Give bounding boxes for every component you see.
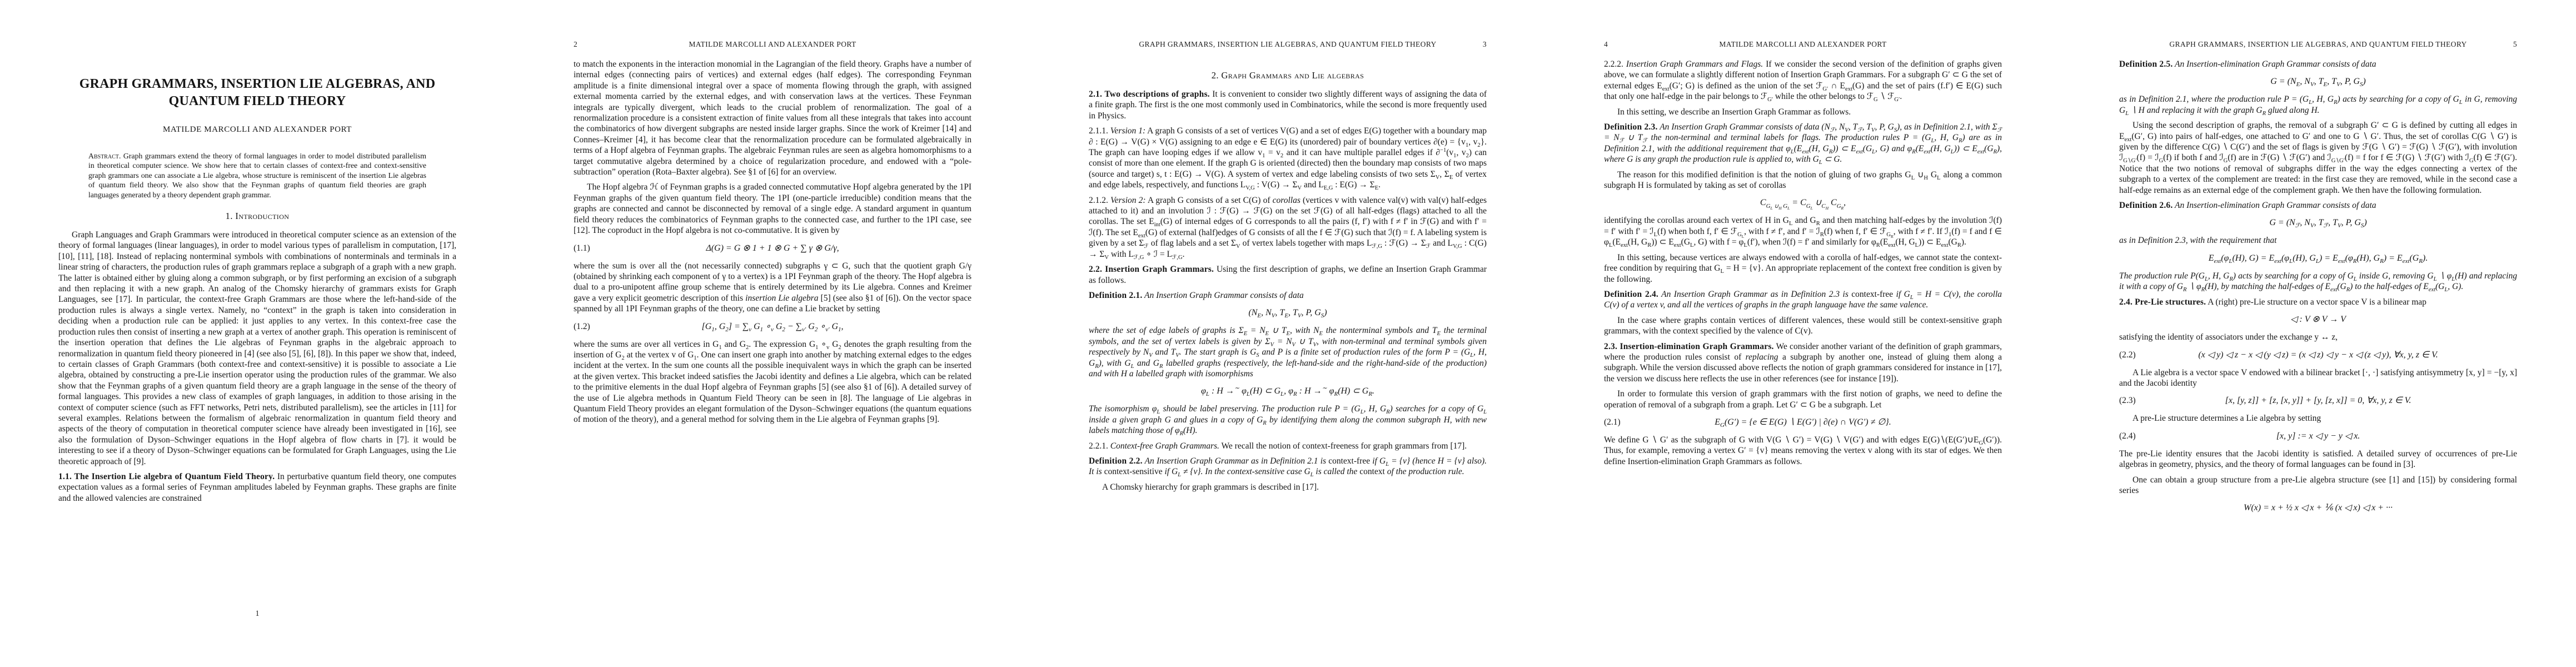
paragraph: Definition 2.3. An Insertion Graph Gramm…: [1604, 122, 2002, 165]
page-number: 5: [2513, 40, 2517, 49]
abstract: Abstract. Graph grammars extend the theo…: [88, 151, 426, 200]
formula-text: (NE, NV, TE, TV, P, GS): [1248, 307, 1327, 319]
equation-number: (1.2): [574, 321, 590, 333]
paragraph: where the sum is over all the (not neces…: [574, 261, 971, 315]
page-1: GRAPH GRAMMARS, INSERTION LIE ALGEBRAS, …: [0, 0, 515, 667]
display-formula: G = (Nℱ, NV, Tℱ, TV, P, GS): [2119, 217, 2517, 229]
formula-text: Eext(φL(H), G) = Eext(φL(H), GL) = Eext(…: [2209, 252, 2428, 265]
paragraph: In the case where graphs contain vertice…: [1604, 315, 2002, 337]
display-formula: (2.2)(x ◁ y) ◁ z − x ◁ (y ◁ z) = (x ◁ z)…: [2119, 349, 2517, 361]
paragraph: Definition 2.1. An Insertion Graph Gramm…: [1089, 290, 1487, 301]
formula-text: G = (Nℱ, NV, Tℱ, TV, P, GS): [2269, 217, 2366, 229]
page-3: GRAPH GRAMMARS, INSERTION LIE ALGEBRAS, …: [1030, 0, 1546, 667]
paragraph: where the sums are over all vertices in …: [574, 339, 971, 425]
paragraph: In order to formulate this version of gr…: [1604, 389, 2002, 410]
equation-number: (2.3): [2119, 395, 2136, 407]
running-header: GRAPH GRAMMARS, INSERTION LIE ALGEBRAS, …: [2119, 40, 2517, 49]
formula-text: W(x) = x + ½ x ◁ x + ⅙ (x ◁ x) ◁ x + ···: [2244, 502, 2393, 514]
paragraph: 2.4. Pre-Lie structures. A (right) pre-L…: [2119, 297, 2517, 307]
running-header-text: GRAPH GRAMMARS, INSERTION LIE ALGEBRAS, …: [2119, 40, 2517, 49]
formula-text: φL : H →∼ φL(H) ⊂ GL, φR : H →∼ φR(H) ⊂ …: [1201, 385, 1374, 397]
formula-text: [G1, G2] = ∑v G1 ∘v G2 − ∑v′ G2 ∘v′ G1,: [702, 321, 844, 333]
display-formula: φL : H →∼ φL(H) ⊂ GL, φR : H →∼ φR(H) ⊂ …: [1089, 385, 1487, 397]
paragraph: 2.2.2. Insertion Graph Grammars and Flag…: [1604, 59, 2002, 102]
running-header: 2 MATILDE MARCOLLI AND ALEXANDER PORT: [574, 40, 971, 49]
page-number: 4: [1604, 40, 1608, 49]
paragraph: as in Definition 2.1, where the producti…: [2119, 94, 2517, 116]
display-formula: G = (NE, NV, TE, TV, P, GS): [2119, 76, 2517, 88]
paragraph: Definition 2.2. An Insertion Graph Gramm…: [1089, 456, 1487, 477]
paragraph: 1.1. The Insertion Lie algebra of Quantu…: [58, 471, 456, 504]
running-header: 4 MATILDE MARCOLLI AND ALEXANDER PORT: [1604, 40, 2002, 49]
formula-text: Δ(G) = G ⊗ 1 + 1 ⊗ G + ∑ γ ⊗ G/γ,: [706, 242, 839, 255]
formula-text: [x, y] := x ◁ y − y ◁ x.: [2276, 430, 2360, 442]
paragraph: The isomorphism φL should be label prese…: [1089, 404, 1487, 436]
paragraph: A Chomsky hierarchy for graph grammars i…: [1089, 482, 1487, 492]
page-3-body: 2. Graph Grammars and Lie algebras2.1. T…: [1089, 59, 1487, 497]
equation-number: (2.1): [1604, 416, 1621, 429]
formula-text: EG(G′) = {e ∈ E(G) ∖ E(G′) | ∂(e) ∩ V(G′…: [1715, 416, 1891, 429]
page-4-body: 2.2.2. Insertion Graph Grammars and Flag…: [1604, 59, 2002, 471]
page-5-body: Definition 2.5. An Insertion-elimination…: [2119, 59, 2517, 520]
paragraph: A pre-Lie structure determines a Lie alg…: [2119, 413, 2517, 424]
paragraph: as in Definition 2.3, with the requireme…: [2119, 235, 2517, 246]
running-header-text: MATILDE MARCOLLI AND ALEXANDER PORT: [1604, 40, 2002, 49]
formula-text: ◁ : V ⊗ V → V: [2290, 313, 2346, 326]
page-1-body: GRAPH GRAMMARS, INSERTION LIE ALGEBRAS, …: [58, 76, 456, 508]
paragraph: In this setting, we describe an Insertio…: [1604, 107, 2002, 117]
paragraph: identifying the corollas around each ver…: [1604, 215, 2002, 247]
paragraph: A Lie algebra is a vector space V endowe…: [2119, 367, 2517, 389]
running-header: GRAPH GRAMMARS, INSERTION LIE ALGEBRAS, …: [1089, 40, 1487, 49]
display-formula: Eext(φL(H), G) = Eext(φL(H), GL) = Eext(…: [2119, 252, 2517, 265]
paragraph: In this setting, because vertices are al…: [1604, 252, 2002, 285]
authors-line: MATILDE MARCOLLI AND ALEXANDER PORT: [58, 125, 456, 135]
paper-scan-canvas: { "banner": "arXiv:1502.07796v1 [cs.FL] …: [0, 0, 2576, 667]
paragraph: Graph Languages and Graph Grammars were …: [58, 230, 456, 467]
paper-title: GRAPH GRAMMARS, INSERTION LIE ALGEBRAS, …: [61, 76, 454, 110]
paragraph: 2.1.2. Version 2: A graph G consists of …: [1089, 195, 1487, 260]
page-number: 3: [1483, 40, 1487, 49]
paragraph: One can obtain a group structure from a …: [2119, 475, 2517, 496]
display-formula: (2.1)EG(G′) = {e ∈ E(G) ∖ E(G′) | ∂(e) ∩…: [1604, 416, 2002, 429]
paragraph: 2.2. Insertion Graph Grammars. Using the…: [1089, 264, 1487, 286]
equation-number: (1.1): [574, 242, 590, 255]
display-formula: (NE, NV, TE, TV, P, GS): [1089, 307, 1487, 319]
paragraph: Definition 2.5. An Insertion-elimination…: [2119, 59, 2517, 69]
display-formula: ◁ : V ⊗ V → V: [2119, 313, 2517, 326]
paragraph: We define G ∖ G′ as the subgraph of G wi…: [1604, 435, 2002, 467]
paragraph: The pre-Lie identity ensures that the Ja…: [2119, 449, 2517, 470]
formula-text: (x ◁ y) ◁ z − x ◁ (y ◁ z) = (x ◁ z) ◁ y …: [2198, 349, 2438, 361]
section-heading: 2. Graph Grammars and Lie algebras: [1089, 70, 1487, 81]
paragraph: to match the exponents in the interactio…: [574, 59, 971, 177]
equation-number: (2.4): [2119, 430, 2136, 442]
page-2-body: to match the exponents in the interactio…: [574, 59, 971, 430]
paragraph: 2.3. Insertion-elimination Graph Grammar…: [1604, 341, 2002, 385]
paragraph: Using the second description of graphs, …: [2119, 120, 2517, 196]
paragraph: Definition 2.4. An Insertion Graph Gramm…: [1604, 289, 2002, 311]
formula-text: G = (NE, NV, TE, TV, P, GS): [2270, 76, 2366, 88]
display-formula: (1.2)[G1, G2] = ∑v G1 ∘v G2 − ∑v′ G2 ∘v′…: [574, 321, 971, 333]
equation-number: (2.2): [2119, 349, 2136, 361]
page-number-footer: 1: [58, 609, 456, 619]
paragraph: Definition 2.6. An Insertion-elimination…: [2119, 200, 2517, 211]
display-formula: (1.1)Δ(G) = G ⊗ 1 + 1 ⊗ G + ∑ γ ⊗ G/γ,: [574, 242, 971, 255]
running-header-text: GRAPH GRAMMARS, INSERTION LIE ALGEBRAS, …: [1089, 40, 1487, 49]
page-5: GRAPH GRAMMARS, INSERTION LIE ALGEBRAS, …: [2061, 0, 2576, 667]
paragraph: where the set of edge labels of graphs i…: [1089, 325, 1487, 379]
formula-text: [x, [y, z]] + [z, [x, y]] + [y, [z, x]] …: [2225, 395, 2411, 407]
display-formula: W(x) = x + ½ x ◁ x + ⅙ (x ◁ x) ◁ x + ···: [2119, 502, 2517, 514]
page-number: 2: [574, 40, 577, 49]
paragraph: satisfying the identity of associators u…: [2119, 332, 2517, 342]
display-formula: (2.4)[x, y] := x ◁ y − y ◁ x.: [2119, 430, 2517, 442]
display-formula: CGL ∪H GL = CGL ∪CH CGR,: [1604, 197, 2002, 209]
paragraph: 2.1. Two descriptions of graphs. It is c…: [1089, 89, 1487, 121]
formula-text: CGL ∪H GL = CGL ∪CH CGR,: [1760, 197, 1846, 209]
page-2: 2 MATILDE MARCOLLI AND ALEXANDER PORT to…: [515, 0, 1030, 667]
page-4: 4 MATILDE MARCOLLI AND ALEXANDER PORT 2.…: [1546, 0, 2061, 667]
paragraph: The reason for this modified definition …: [1604, 170, 2002, 191]
paragraph: The Hopf algebra ℋ of Feynman graphs is …: [574, 182, 971, 236]
paragraph: 2.1.1. Version 1: A graph G consists of …: [1089, 126, 1487, 190]
running-header-text: MATILDE MARCOLLI AND ALEXANDER PORT: [574, 40, 971, 49]
section-heading: 1. Introduction: [58, 211, 456, 222]
paragraph: 2.2.1. Context-free Graph Grammars. We r…: [1089, 441, 1487, 451]
display-formula: (2.3)[x, [y, z]] + [z, [x, y]] + [y, [z,…: [2119, 395, 2517, 407]
paragraph: The production rule P(GL, H, GR) acts by…: [2119, 271, 2517, 292]
